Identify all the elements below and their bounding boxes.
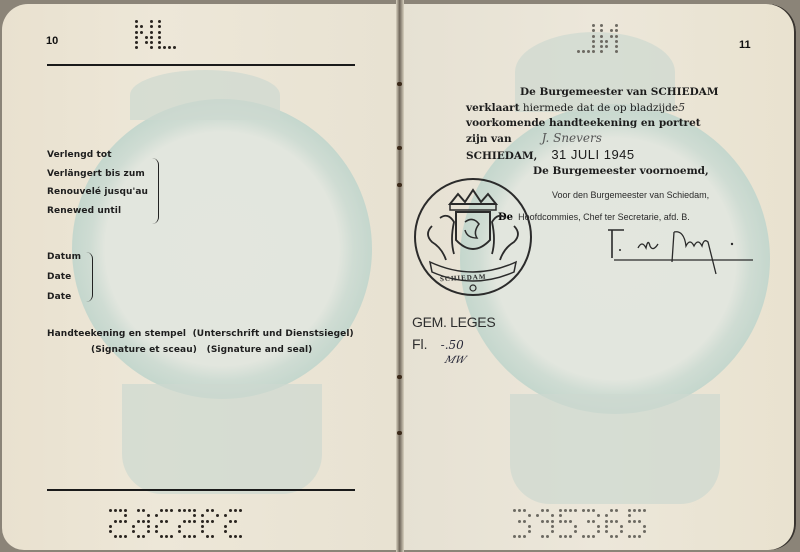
renewal-label: Verlengd tot [47, 146, 148, 165]
page-reference-handwritten: 5 [678, 101, 685, 114]
perforation-glyph [200, 509, 219, 540]
perforation-glyph [177, 509, 196, 540]
official-line1: Voor den Burgemeester van Schiedam, [552, 190, 709, 200]
signature-caption-line1: Handteekening en stempel (Unterschrift u… [47, 327, 354, 341]
guilloche-stem [510, 394, 720, 504]
perforation-glyph [559, 509, 578, 540]
guilloche-top [130, 70, 280, 120]
renewal-label: Verlängert bis zum [47, 165, 148, 184]
left-page: 10 Verlengd tot Verlängert bis zum Renou… [2, 4, 398, 550]
perforation-glyph [536, 509, 555, 540]
date-stamp: 31 JULI 1945 [551, 147, 634, 162]
official-line2: Hoofdcommies, Chef ter Secretarie, afd. … [518, 212, 690, 222]
perforated-passport-number [513, 509, 647, 540]
declaration-line1: De Burgemeester van SCHIEDAM [520, 86, 718, 98]
renewal-label: Renouvelé jusqu'au [47, 183, 148, 202]
perforation-glyph [513, 509, 532, 540]
perforation-glyph [605, 509, 624, 540]
date-brace [86, 252, 93, 302]
perforation-glyph [582, 509, 601, 540]
fee-label: GEM. LEGES [412, 314, 495, 330]
renewal-labels: Verlengd tot Verlängert bis zum Renouvel… [47, 146, 148, 220]
passport-spread: 10 Verlengd tot Verlängert bis zum Renou… [0, 0, 800, 552]
fee-initials-handwritten: MW [443, 355, 468, 366]
date-label: Datum [47, 247, 81, 267]
perforated-passport-number [108, 509, 242, 540]
perforation-glyph [628, 509, 647, 540]
place: SCHIEDAM, [466, 150, 537, 162]
date-label: Date [47, 287, 81, 307]
signature-caption-line2: (Signature et sceau) (Signature and seal… [91, 343, 312, 357]
perforated-country-code [135, 20, 177, 51]
stitch [397, 82, 402, 86]
perforation-glyph [158, 20, 177, 51]
declaration-line2: hiermede dat de op bladzijde [520, 102, 678, 114]
perforation-glyph [223, 509, 242, 540]
declaration-verb: verklaart [466, 102, 520, 114]
perforation-glyph [576, 24, 595, 55]
stitch [397, 146, 402, 150]
date-labels: Datum Date Date [47, 247, 81, 307]
declaration-line3: voorkomende handteekening en portret [466, 117, 701, 129]
declaration-line4: zijn van [466, 133, 512, 145]
perforated-country-code [576, 24, 618, 55]
perforation-glyph [154, 509, 173, 540]
perforation-glyph [135, 20, 154, 51]
fee-currency: Fl. [412, 336, 428, 352]
right-page: 11 De Burgemeester van SCHIEDAM verklaar… [400, 4, 796, 550]
renewal-label: Renewed until [47, 202, 148, 221]
bottom-rule [47, 489, 355, 491]
stitch [397, 431, 402, 435]
holder-name-handwritten: J. Snevers [542, 131, 602, 145]
date-label: Date [47, 267, 81, 287]
page-number: 10 [46, 35, 58, 47]
guilloche-stem [122, 384, 322, 494]
closing: De Burgemeester voornoemd, [533, 165, 709, 177]
stitch [397, 183, 402, 187]
declaration: De Burgemeester van SCHIEDAM verklaart h… [466, 85, 718, 179]
page-number: 11 [739, 39, 751, 51]
stitch [397, 375, 402, 379]
fee-line: Fl. -.50 [412, 334, 464, 353]
signature [608, 226, 758, 276]
top-rule [47, 64, 355, 66]
renewal-brace [152, 158, 159, 224]
perforation-glyph [131, 509, 150, 540]
perforation-glyph [599, 24, 618, 55]
perforation-glyph [108, 509, 127, 540]
fee-amount-handwritten: -.50 [441, 338, 464, 352]
